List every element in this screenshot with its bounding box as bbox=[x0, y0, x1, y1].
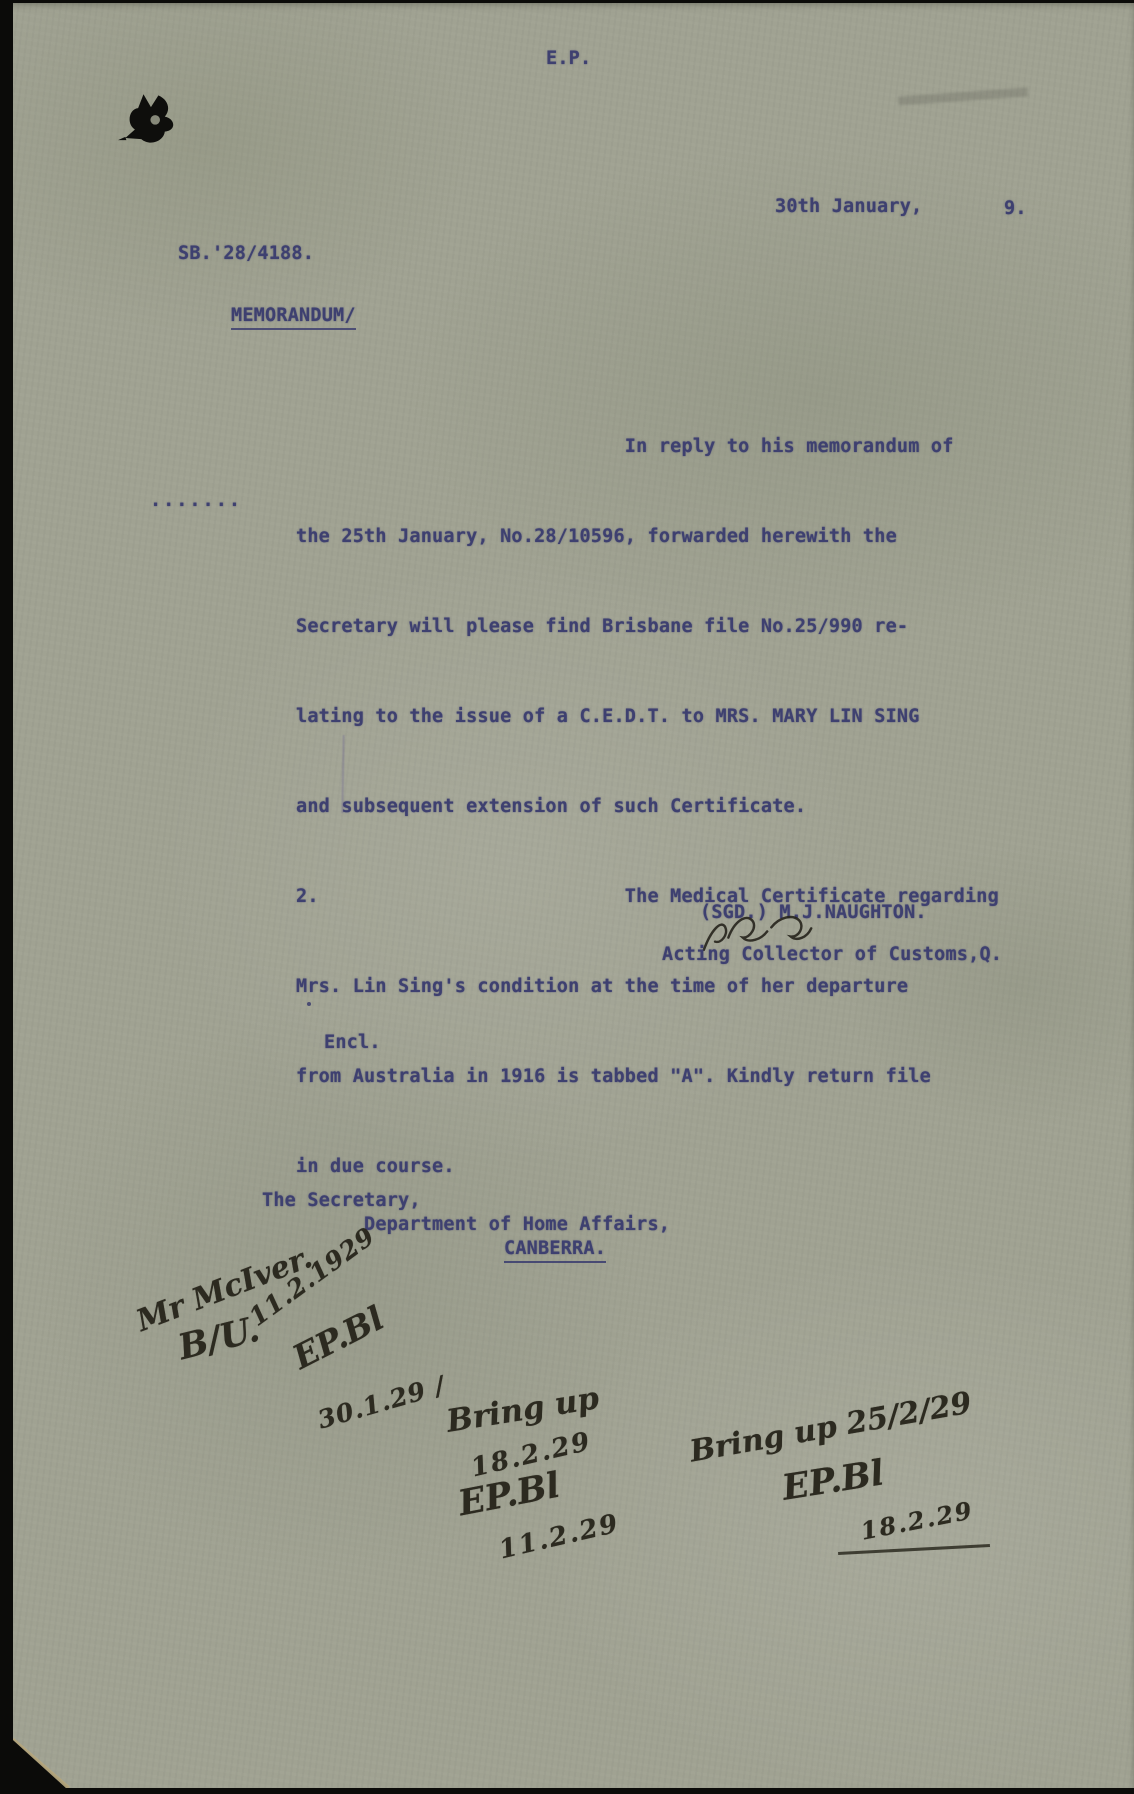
corner-mark: E.P. bbox=[546, 48, 591, 70]
year-digit: 9. bbox=[1004, 198, 1027, 220]
handwritten-note-date: 30.1.29 / bbox=[315, 1370, 449, 1434]
pencil-smudge bbox=[898, 87, 1028, 105]
memo-body-line: In reply to his memorandum of bbox=[296, 436, 999, 482]
memo-body-line: Secretary will please find Brisbane file… bbox=[296, 616, 999, 662]
file-number: SB.'28/4188. bbox=[178, 243, 314, 265]
memo-body-line: the 25th January, No.28/10596, forwarded… bbox=[296, 526, 999, 572]
handwritten-initials: EP.Bl bbox=[455, 1465, 563, 1525]
memo-body: In reply to his memorandum of the 25th J… bbox=[296, 392, 999, 1246]
address-department: Department of Home Affairs, bbox=[364, 1214, 670, 1236]
address-recipient: The Secretary, bbox=[262, 1190, 421, 1212]
memo-heading: MEMORANDUM/ bbox=[231, 305, 356, 330]
ink-blot bbox=[118, 90, 186, 154]
signature-title-line: Acting Collector of Customs,Q. bbox=[662, 944, 1002, 966]
handwritten-bring-up: Bring up 25/2/29 bbox=[687, 1385, 974, 1469]
stray-ink-dot bbox=[307, 1002, 311, 1006]
folded-corner-edge bbox=[8, 1738, 70, 1793]
handwritten-note-date: 11.2.29 bbox=[496, 1509, 622, 1566]
memo-body-line: lating to the issue of a C.E.D.T. to MRS… bbox=[296, 706, 999, 752]
memo-body-line: Mrs. Lin Sing's condition at the time of… bbox=[296, 976, 999, 1022]
memo-body-line: from Australia in 1916 is tabbed "A". Ki… bbox=[296, 1066, 999, 1112]
memo-paper-sheet: E.P. 30th January, 9. SB.'28/4188. MEMOR… bbox=[0, 0, 1134, 1794]
handwritten-note-date: 18.2.29 bbox=[858, 1495, 976, 1545]
handwritten-initials: EP.Bl bbox=[779, 1452, 886, 1508]
handwritten-underline-stroke bbox=[838, 1544, 990, 1554]
enclosure-note: Encl. bbox=[324, 1032, 381, 1054]
date-line: 30th January, bbox=[775, 196, 922, 218]
handwritten-initials: EP.Bl bbox=[286, 1298, 390, 1377]
margin-dots: ....... bbox=[150, 490, 242, 512]
address-city: CANBERRA. bbox=[504, 1238, 606, 1263]
memo-body-line: and subsequent extension of such Certifi… bbox=[296, 796, 999, 842]
